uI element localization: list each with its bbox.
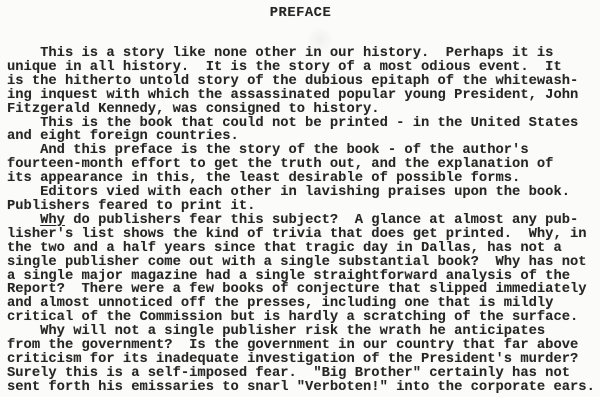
document-page: PREFACE This is a story like none other … [0,0,600,397]
paragraph: This is a story like none other in our h… [7,47,594,117]
page-body: This is a story like none other in our h… [7,47,594,395]
paragraph: And this preface is the story of the boo… [7,144,594,186]
paragraph: This is the book that could not be print… [7,117,594,145]
paragraph: Editors vied with each other in lavishin… [7,186,594,214]
page-title: PREFACE [7,6,594,21]
paragraph: Why will not a single publisher risk the… [7,325,594,395]
underlined-word: Why [40,213,65,228]
paragraph: Why do publishers fear this subject? A g… [7,214,594,325]
